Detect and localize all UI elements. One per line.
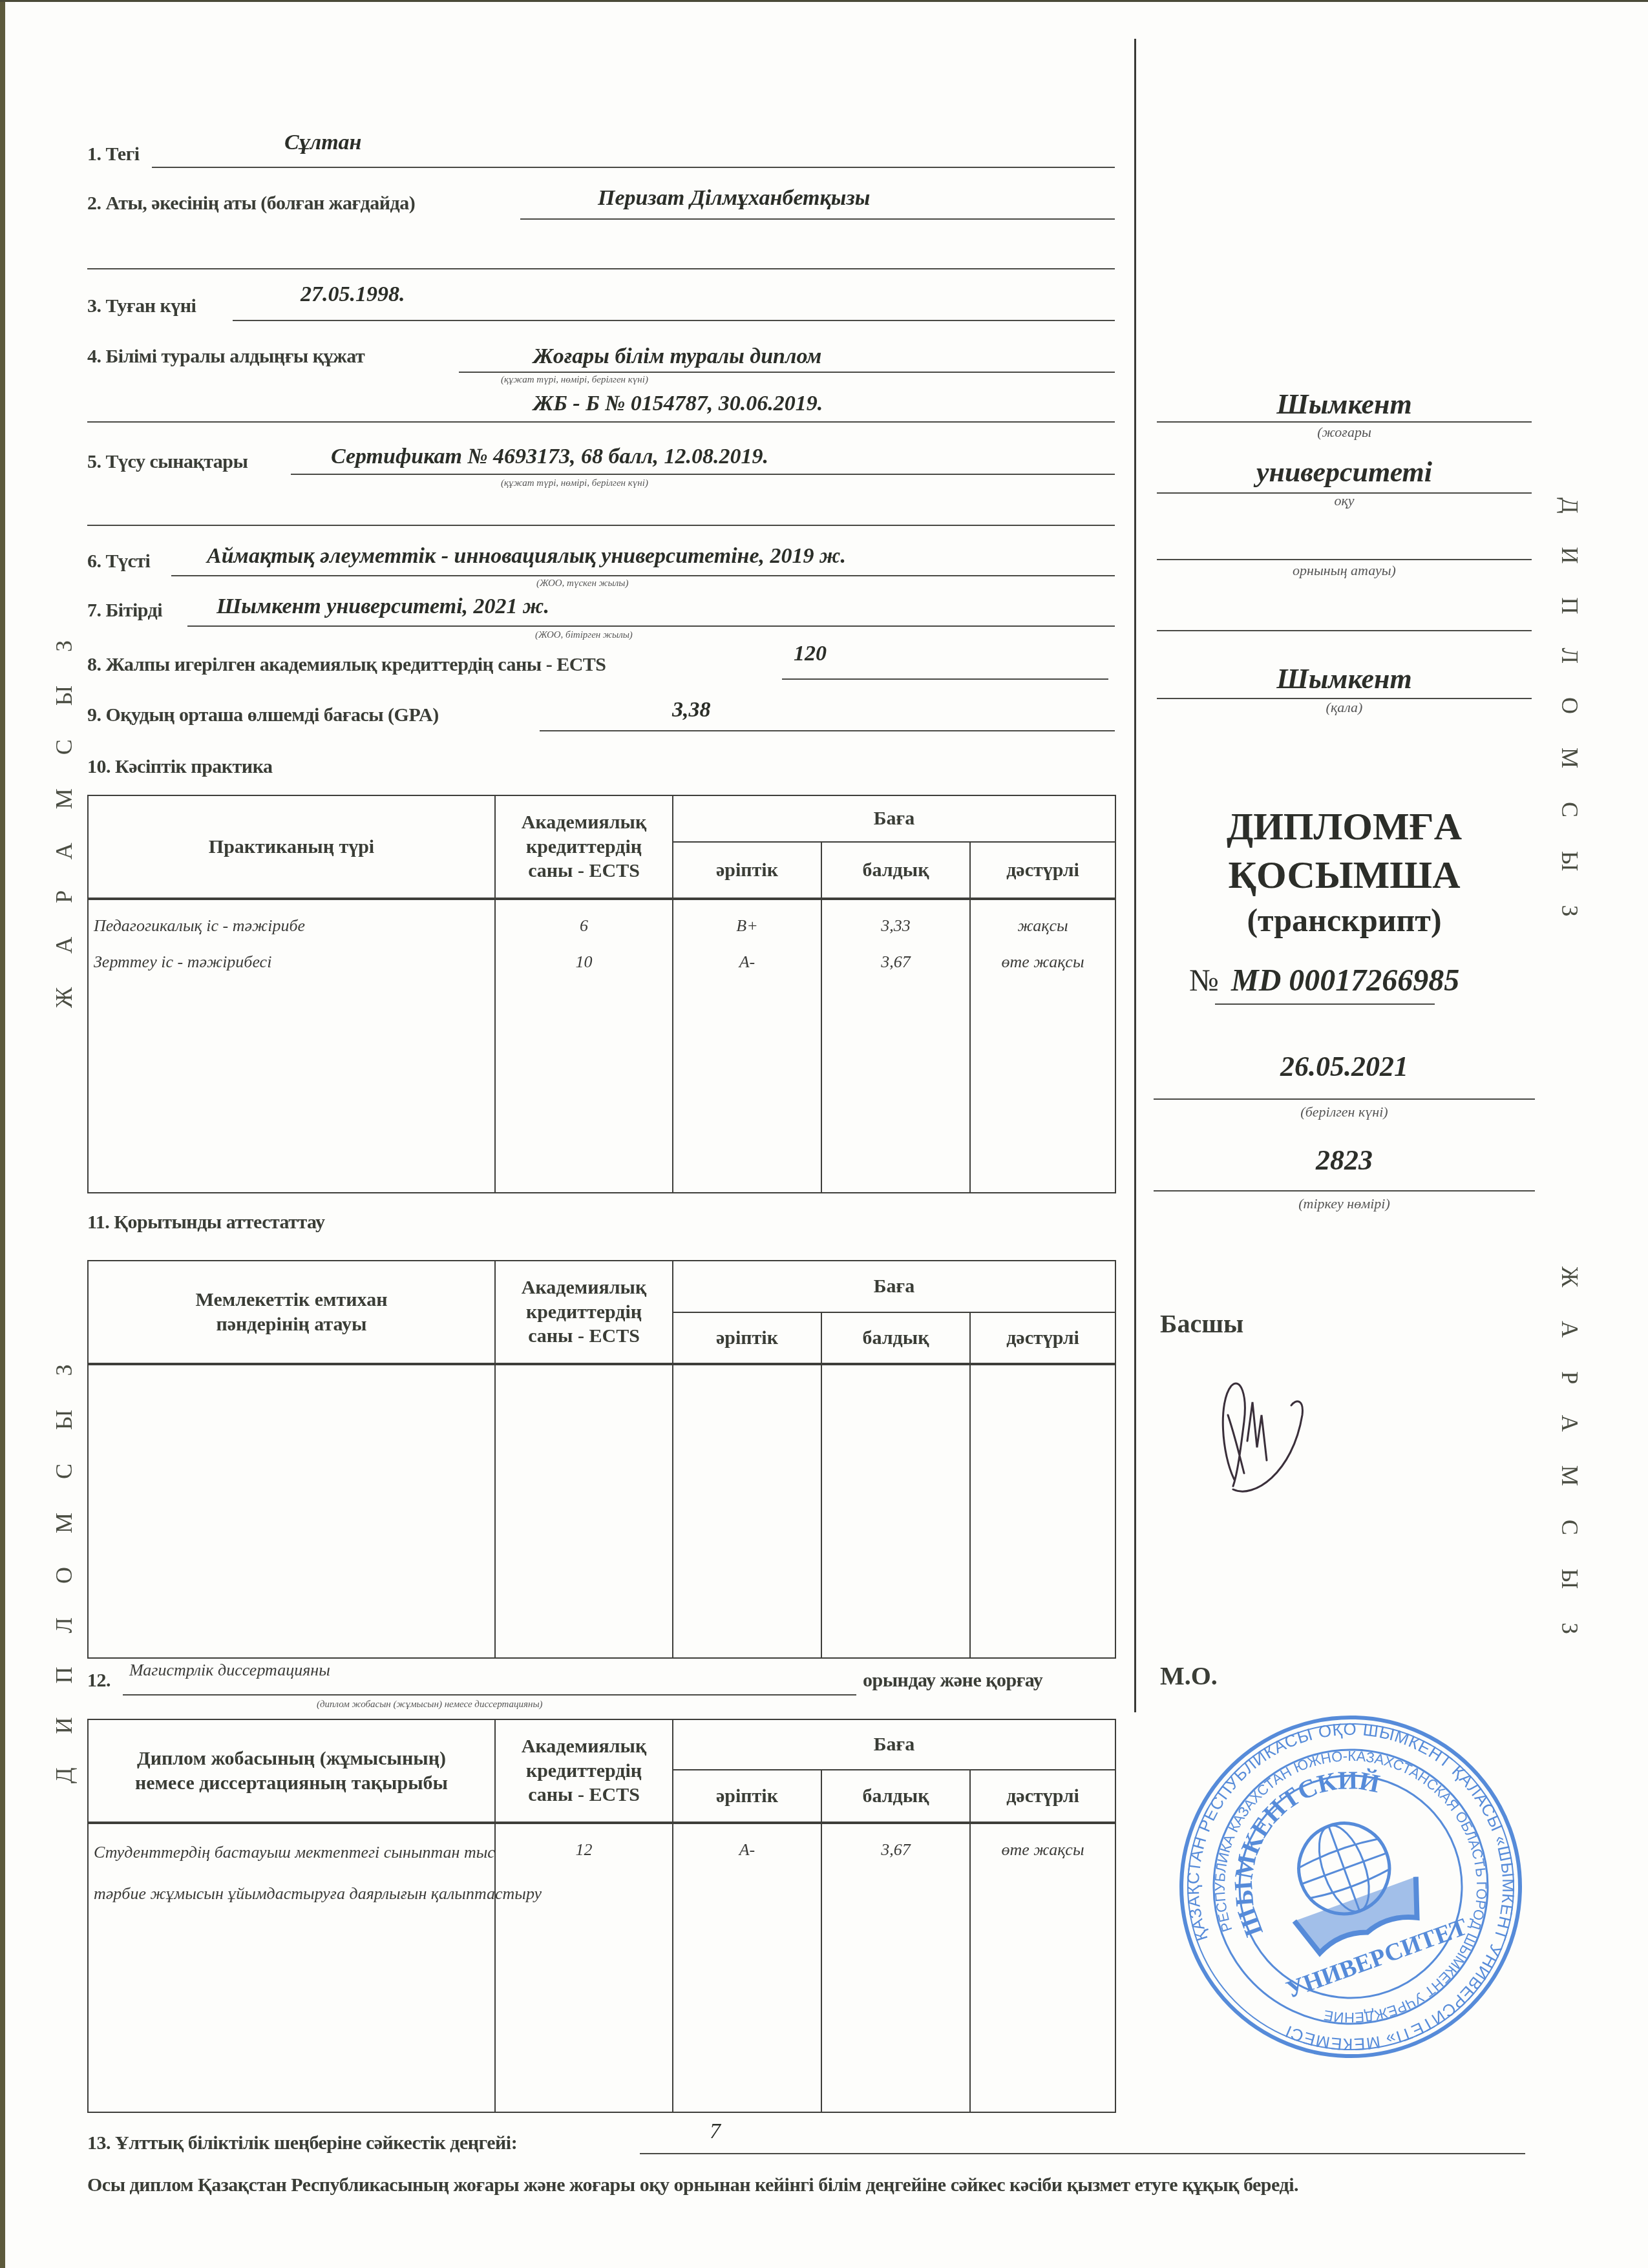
field-graduated-label: 7. Бітірді [87,600,162,622]
cell-traditional: өте жақсы [970,1823,1115,2112]
attestation-header-points: балдық [821,1312,970,1364]
issue-date-hint: (берілген күні) [1157,1104,1532,1120]
registration-number-hint: (тіркеу нөмірі) [1157,1195,1532,1212]
field-ects-line [782,678,1108,680]
diploma-statement: Осы диплом Қазақстан Республикасының жоғ… [87,2165,1528,2206]
field-birthdate-value: 27.05.1998. [301,282,405,307]
field-name-value: Перизат Ділмұханбетқызы [598,186,870,211]
cell-credits: 610 [495,899,673,1193]
table-body-row [88,1364,1115,1658]
field-surname-label: 1. Тегі [87,143,140,165]
field-graduated-line [187,625,1115,627]
thesis-header-grade: Баға [673,1719,1115,1770]
practice-header-credits: Академиялық кредиттердің саны - ECTS [495,795,673,899]
practice-table: Практиканың түрі Академиялық кредиттерді… [87,795,1116,1193]
cell-letter-value: A- [673,944,821,980]
attestation-table: Мемлекеттік емтихан пәндерінің атауы Ака… [87,1260,1116,1659]
cell-letter [673,1364,821,1658]
attestation-header-traditional: дәстүрлі [970,1312,1115,1364]
cell-traditional [970,1364,1115,1658]
cell-credits [495,1364,673,1658]
cell-points: 3,67 [821,1823,970,2112]
field-prev-doc-label: 4. Білімі туралы алдыңғы құжат [87,346,364,368]
scan-edge-top [0,0,1648,2]
thesis-header-credits: Академиялық кредиттердің саны - ECTS [495,1719,673,1823]
cell-name: Педагогикалық іс - тәжірибеЗерттеу іс - … [88,899,495,1193]
field-enrolled-label: 6. Түсті [87,551,150,572]
cell-points-value: 3,67 [822,1832,969,1868]
field-name-line-2 [87,268,1115,269]
practice-header-points: балдық [821,842,970,899]
transcript-title-2: ҚОСЫМША [1157,853,1532,897]
institution-line-3-underline [1157,559,1532,560]
transcript-number: MD 00017266985 [1231,963,1459,998]
cell-name-value: Педагогикалық іс - тәжірибе [94,908,494,944]
field-ects-label: 8. Жалпы игерілген академиялық кредиттер… [87,654,606,676]
cell-name [88,1364,495,1658]
table-body-row: Педагогикалық іс - тәжірибеЗерттеу іс - … [88,899,1115,1193]
cell-points-value: 3,33 [822,908,969,944]
seal-label: М.О. [1160,1661,1218,1691]
cell-credits-value: 6 [496,908,672,944]
institution-hint-2: оқу [1157,492,1532,509]
page-divider [1134,39,1136,1712]
attestation-header-grade: Баға [673,1261,1115,1312]
institution-line-1-underline [1157,421,1532,423]
institution-hint-3: орнының атауы) [1157,562,1532,579]
practice-header-grade: Баға [673,795,1115,842]
field-prev-doc-value: Жоғары білім туралы диплом [533,344,821,369]
field-prev-doc-value-2: ЖБ - Б № 0154787, 30.06.2019. [533,392,823,416]
cell-name-value: Студенттердің бастауыш мектептегі сыныпт… [94,1832,546,1915]
practice-header-type: Практиканың түрі [88,795,495,899]
field-enrolled-line [171,575,1115,576]
institution-line-2: университеті [1157,456,1532,488]
side-text-left-bottom: ДИПЛОМСЫЗ [50,1331,78,1783]
field-enrolled-value: Аймақтық әлеуметтік - инновациялық униве… [207,544,846,569]
cell-name: Студенттердің бастауыш мектептегі сыныпт… [88,1823,495,2112]
section-12-value: Магистрлік диссертацияны [129,1661,330,1680]
signature-icon [1215,1376,1312,1499]
cell-points-value: 3,67 [822,944,969,980]
cell-points: 3,333,67 [821,899,970,1193]
field-enrolled-hint: (ЖОО, түскен жылы) [536,578,628,589]
section-12-line [123,1694,856,1696]
field-birthdate-label: 3. Туған күні [87,295,196,317]
cell-points [821,1364,970,1658]
field-graduated-hint: (ЖОО, бітірген жылы) [535,630,633,641]
cell-letter-value: A- [673,1832,821,1868]
section-12-number: 12. [87,1670,111,1692]
section-13-line [640,2153,1525,2154]
head-label: Басшы [1160,1308,1243,1339]
field-entrance-label: 5. Түсу сынақтары [87,451,248,473]
city-hint: (қала) [1157,699,1532,716]
registration-number: 2823 [1157,1144,1532,1177]
cell-letter: A- [673,1823,821,2112]
field-entrance-hint: (құжат түрі, нөмірі, берілген күні) [501,478,648,489]
field-name-label: 2. Аты, әкесінің аты (болған жағдайда) [87,193,415,215]
cell-letter-value: B+ [673,908,821,944]
field-entrance-line [291,474,1115,475]
side-text-right-bottom: ЖАРАМСЫЗ [1556,1266,1583,1668]
cell-traditional: жақсыөте жақсы [970,899,1115,1193]
attestation-header-credits: Академиялық кредиттердің саны - ECTS [495,1261,673,1364]
city-value: Шымкент [1157,662,1532,695]
thesis-header-traditional: дәстүрлі [970,1770,1115,1823]
section-12-suffix: орындау және қорғау [863,1670,1042,1692]
field-entrance-line-2 [87,525,1115,526]
field-gpa-value: 3,38 [672,698,711,722]
field-name-line [520,218,1115,220]
attestation-header-letter: әріптік [673,1312,821,1364]
section-11-title: 11. Қорытынды аттестаттау [87,1212,325,1234]
field-gpa-label: 9. Оқудың орташа өлшемді бағасы (GPA) [87,704,439,726]
institution-line-4-underline [1157,630,1532,631]
university-stamp-icon: ҚАЗАҚСТАН РЕСПУБЛИКАСЫ ОҚО ШЫМКЕНТ ҚАЛАС… [1170,1706,1532,2068]
cell-traditional-value: жақсы [971,908,1115,944]
institution-hint-1: (жоғары [1157,424,1532,441]
side-text-left-top: ЖАРАМСЫЗ [50,607,78,1008]
attestation-header-type: Мемлекеттік емтихан пәндерінің атауы [88,1261,495,1364]
issue-date-underline [1154,1098,1535,1100]
transcript-number-underline [1215,1003,1435,1005]
side-text-right-top: ДИПЛОМСЫЗ [1556,498,1583,950]
scan-edge [0,0,5,2268]
thesis-header-type: Диплом жобасының (жұмысының) немесе дисс… [88,1719,495,1823]
field-surname-value: Сұлтан [284,131,361,155]
field-prev-doc-line-2 [87,421,1115,423]
cell-traditional-value: өте жақсы [971,944,1115,980]
number-sign: № [1189,963,1219,998]
field-surname-line [152,167,1115,168]
table-body-row: Студенттердің бастауыш мектептегі сыныпт… [88,1823,1115,2112]
thesis-table: Диплом жобасының (жұмысының) немесе дисс… [87,1719,1116,2113]
registration-number-underline [1154,1190,1535,1192]
cell-credits-value: 10 [496,944,672,980]
practice-header-traditional: дәстүрлі [970,842,1115,899]
field-birthdate-line [233,320,1115,321]
cell-traditional-value: өте жақсы [971,1832,1115,1868]
section-10-title: 10. Кәсіптік практика [87,756,272,778]
field-entrance-value: Сертификат № 4693173, 68 балл, 12.08.201… [331,445,768,469]
transcript-title-1: ДИПЛОМҒА [1157,804,1532,848]
field-prev-doc-line [459,372,1115,373]
institution-line-1: Шымкент [1157,388,1532,421]
transcript-subtitle: (транскрипт) [1157,901,1532,939]
practice-header-letter: әріптік [673,842,821,899]
section-12-hint: (диплом жобасын (жұмысын) немесе диссерт… [317,1699,543,1710]
issue-date: 26.05.2021 [1157,1050,1532,1083]
cell-letter: B+A- [673,899,821,1193]
cell-name-value: Зерттеу іс - тәжірибесі [94,944,494,980]
field-gpa-line [540,730,1115,731]
field-prev-doc-hint: (құжат түрі, нөмірі, берілген күні) [501,375,648,386]
field-graduated-value: Шымкент университеті, 2021 ж. [217,594,549,619]
thesis-header-points: балдық [821,1770,970,1823]
thesis-header-letter: әріптік [673,1770,821,1823]
section-13-label: 13. Ұлттық біліктілік шеңберіне сәйкесті… [87,2132,517,2154]
section-13-value: 7 [710,2119,721,2144]
field-ects-value: 120 [794,642,827,666]
